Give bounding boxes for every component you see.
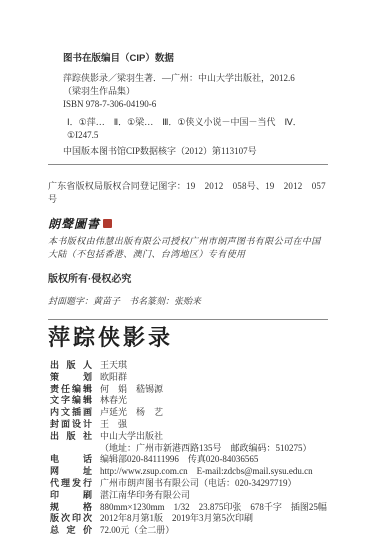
publisher-logo: 朗聲圖書 [48,216,328,230]
divider-top [48,164,328,165]
registration-line: 广东省版权局版权合同登记图字：19 2012 058号、19 2012 057号 [48,180,328,206]
colophon-row-cover-design: 封面设计 王 强 [50,419,328,431]
cip-entry-line2: （梁羽生作品集） [63,85,328,98]
row-label: 责任编辑 [50,384,92,396]
row-value: 欧阳群 [100,372,328,384]
copyright-page: 图书在版编目（CIP）数据 萍踪侠影录／梁羽生著．—广州：中山大学出版社，201… [0,0,375,536]
row-value: 2012年8月第1版 2019年3月第5次印刷 [100,513,328,525]
row-value: （地址：广州市新港西路135号 邮政编码：510275） [100,443,328,455]
row-value: 何 娟 嵇锡源 [100,384,328,396]
row-value: 王天琪 [100,360,328,372]
row-label [50,443,92,455]
row-label: 版次印次 [50,513,92,525]
colophon-row-publisher-person: 出版人 王天琪 [50,360,328,372]
cip-entry-line1: 萍踪侠影录／梁羽生著．—广州：中山大学出版社，2012.6 [63,72,328,85]
row-value: 880mm×1230mm 1/32 23.875印张 678千字 插图25幅 [100,502,328,514]
row-value: 卢延光 杨 艺 [100,407,328,419]
row-value: http://www.zsup.com.cn E-mail:zdcbs@mail… [100,466,328,478]
divider-title [48,319,328,320]
publisher-logo-text: 朗聲圖書 [48,215,100,232]
row-value: 湛江南华印务有限公司 [100,490,328,502]
colophon-row-edition: 版次印次 2012年8月第1版 2019年3月第5次印刷 [50,513,328,525]
colophon-row-text-editor: 文字编辑 林春光 [50,395,328,407]
row-label: 策划 [50,372,92,384]
colophon-row-planning: 策划 欧阳群 [50,372,328,384]
cip-isbn: ISBN 978-7-306-04190-6 [63,98,328,111]
row-value: 王 强 [100,419,328,431]
row-label: 代理发行 [50,478,92,490]
cip-header: 图书在版编目（CIP）数据 [63,52,328,65]
colophon-row-publisher: 出版社 中山大学出版社 [50,431,328,443]
publisher-seal-icon [103,219,112,228]
cip-classification: Ⅰ．①萍… Ⅱ．①梁… Ⅲ．①侠义小说－中国－当代 Ⅳ．①I247.5 [67,116,328,142]
row-value: 林春光 [100,395,328,407]
colophon: 出版人 王天琪 策划 欧阳群 责任编辑 何 娟 嵇锡源 文字编辑 林春光 内文插… [50,360,328,536]
row-label: 总定价 [50,525,92,536]
colophon-row-format: 规格 880mm×1230mm 1/32 23.875印张 678千字 插图25… [50,502,328,514]
row-label: 内文插画 [50,407,92,419]
colophon-row-price: 总定价 72.00元（全二册） [50,525,328,536]
row-label: 印刷 [50,490,92,502]
cip-record-number: 中国版本图书馆CIP数据核字（2012）第113107号 [63,145,328,158]
colophon-row-printer: 印刷 湛江南华印务有限公司 [50,490,328,502]
book-title: 萍踪侠影录 [48,323,328,353]
row-value: 72.00元（全二册） [100,525,328,536]
copyright-notice: 版权所有·侵权必究 [48,273,328,286]
row-value: 编辑部020-84111996 传真020-84036565 [100,454,328,466]
colophon-row-publisher-address: （地址：广州市新港西路135号 邮政编码：510275） [50,443,328,455]
colophon-row-responsible-editor: 责任编辑 何 娟 嵇锡源 [50,384,328,396]
row-label: 网址 [50,466,92,478]
row-value: 广州市朗声图书有限公司（电话：020-34297719） [100,478,328,490]
colophon-row-illustration: 内文插画 卢延光 杨 艺 [50,407,328,419]
row-label: 文字编辑 [50,395,92,407]
colophon-row-phone: 电话 编辑部020-84111996 传真020-84036565 [50,454,328,466]
row-label: 出版人 [50,360,92,372]
row-label: 出版社 [50,431,92,443]
row-label: 规格 [50,502,92,514]
row-value: 中山大学出版社 [100,431,328,443]
colophon-row-distributor: 代理发行 广州市朗声图书有限公司（电话：020-34297719） [50,478,328,490]
row-label: 电话 [50,454,92,466]
cip-entry: 萍踪侠影录／梁羽生著．—广州：中山大学出版社，2012.6 （梁羽生作品集） I… [63,72,328,111]
row-label: 封面设计 [50,419,92,431]
license-statement: 本书版权由伟慧出版有限公司授权广州市朗声图书有限公司在中国大陆（不包括香港、澳门… [48,235,328,261]
colophon-row-website: 网址 http://www.zsup.com.cn E-mail:zdcbs@m… [50,466,328,478]
page-content: 图书在版编目（CIP）数据 萍踪侠影录／梁羽生著．—广州：中山大学出版社，201… [0,0,375,536]
credits-line: 封面题字：黄苗子 书名篆刻：张贻来 [48,295,328,308]
